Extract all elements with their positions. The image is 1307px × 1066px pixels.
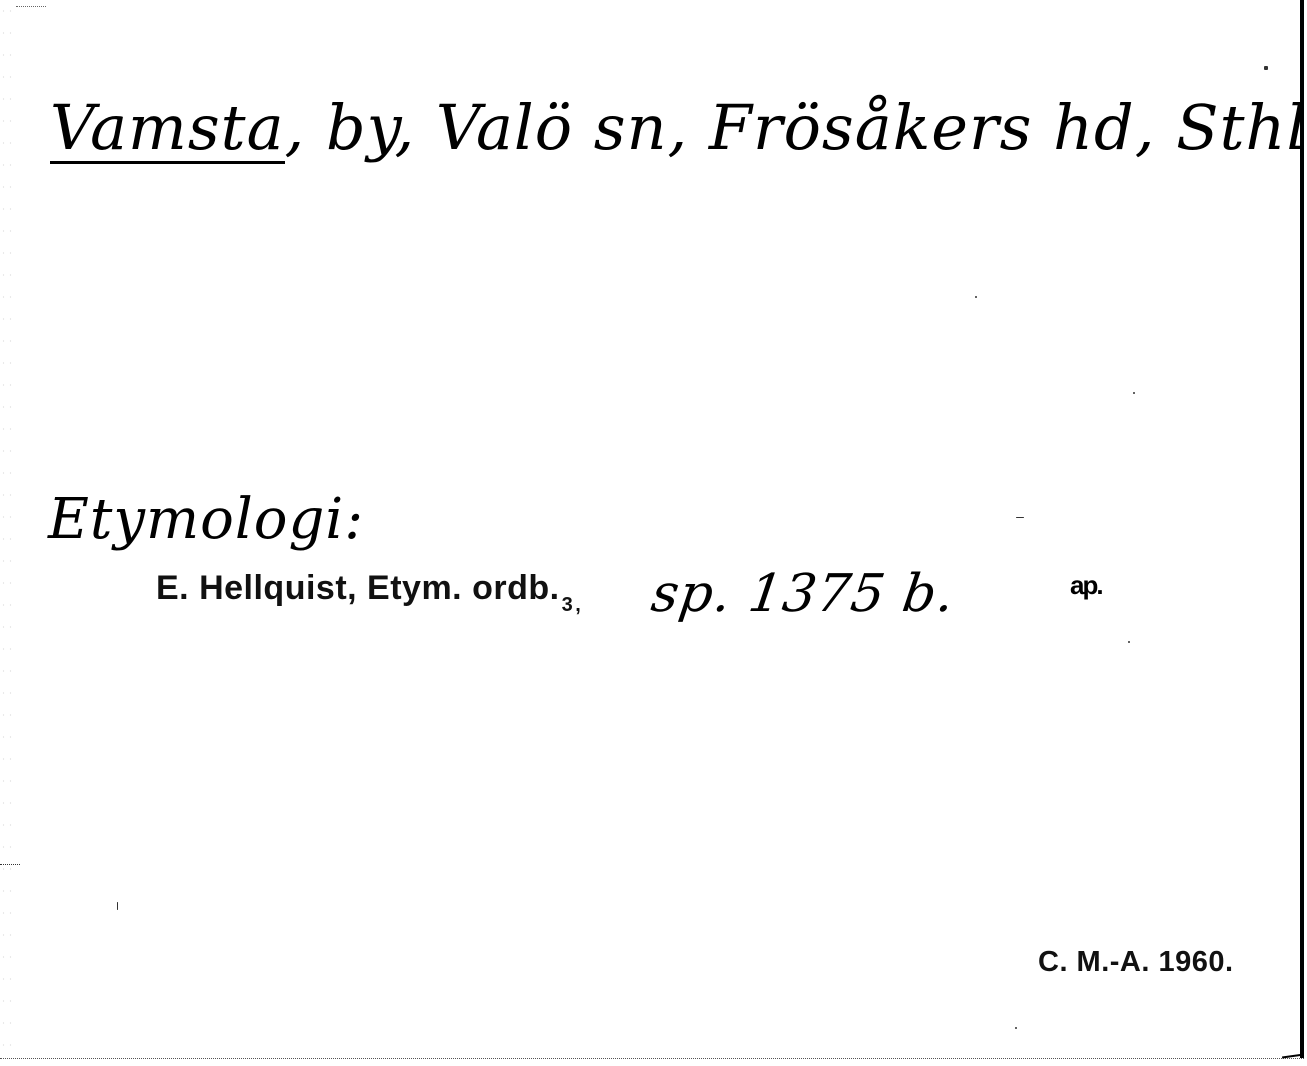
scan-mark — [0, 864, 20, 866]
reference-edition: 3 — [562, 594, 574, 616]
scan-speck — [1128, 641, 1130, 643]
scan-mark — [16, 6, 46, 8]
etymology-reference: E. Hellquist, Etym. ordb.3, — [156, 566, 581, 615]
scan-speck — [1015, 1027, 1017, 1029]
index-card: Vamsta, by, Valö sn, Frösåkers hd, Sthlm… — [0, 0, 1307, 1066]
reference-text: E. Hellquist, Etym. ordb. — [156, 569, 560, 607]
scan-speck — [1016, 517, 1024, 518]
headword-line: Vamsta, by, Valö sn, Frösåkers hd, Sthlm… — [50, 88, 1307, 168]
headword-lemma: Vamsta — [50, 95, 285, 164]
scan-speck — [1133, 392, 1135, 394]
scan-speck — [117, 902, 118, 910]
scan-speck — [1264, 66, 1268, 70]
scan-edge-noise — [0, 0, 16, 1066]
page-reference: sp. 1375 b. — [647, 560, 959, 628]
crossed-out-mark: ap. — [1070, 570, 1102, 600]
card-right-edge — [1300, 0, 1304, 1058]
headword-location: , by, Valö sn, Frösåkers hd, Sthlms l. — [285, 91, 1307, 164]
reference-separator: , — [575, 594, 581, 616]
scan-speck — [975, 296, 977, 298]
card-bottom-edge — [0, 1058, 1304, 1059]
etymology-label: Etymologi: — [48, 482, 364, 558]
signature-stamp: C. M.-A. 1960. — [1038, 944, 1234, 980]
